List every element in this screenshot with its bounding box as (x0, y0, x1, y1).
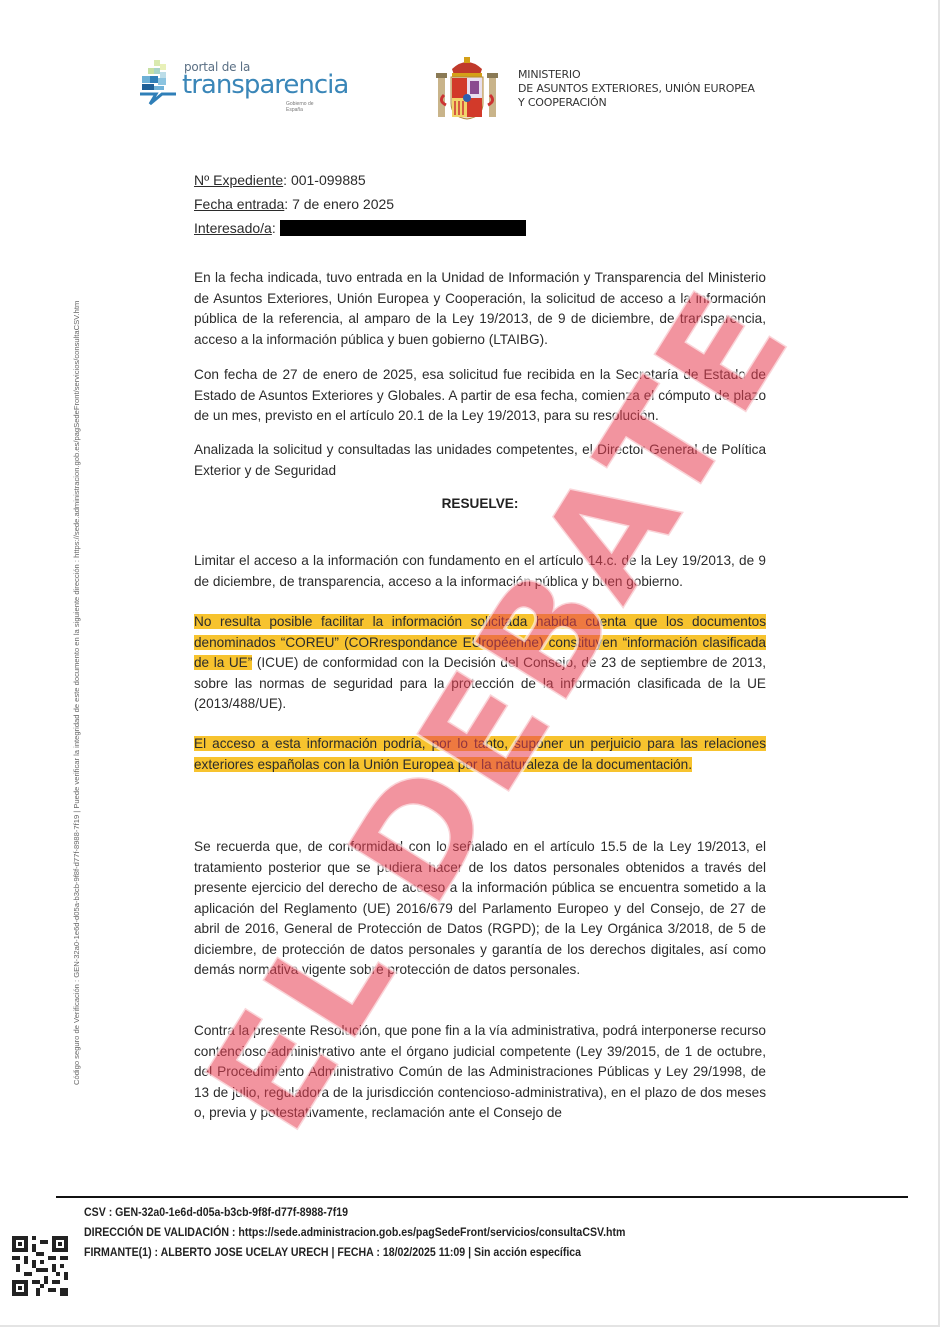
ministry-line-1: MINISTERIO (518, 68, 755, 82)
portal-logo-icon (140, 58, 178, 108)
fecha-entrada-value: : 7 de enero 2025 (284, 196, 394, 212)
ministry-line-3: Y COOPERACIÓN (518, 96, 755, 110)
paragraph-coreu-rest: (ICUE) de conformidad con la Decisión de… (194, 655, 766, 711)
document-page: portal de la transparencia Gobierno de E… (0, 0, 940, 1327)
highlighted-text-perjuicio: El acceso a esta información podría, por… (194, 736, 766, 772)
paragraph-analizada: Analizada la solicitud y consultadas las… (194, 440, 766, 481)
footer-divider (56, 1196, 908, 1198)
fecha-entrada-label: Fecha entrada (194, 196, 284, 212)
paragraph-fecha-recepcion: Con fecha de 27 de enero de 2025, esa so… (194, 365, 766, 427)
interesado-line: Interesado/a: (194, 216, 766, 240)
ministry-line-2: DE ASUNTOS EXTERIORES, UNIÓN EUROPEA (518, 82, 755, 96)
paragraph-coreu: No resulta posible facilitar la informac… (194, 612, 766, 715)
paragraph-perjuicio: El acceso a esta información podría, por… (194, 734, 766, 775)
portal-logo-big-text: transparencia (182, 70, 348, 100)
paragraph-recurso: Contra la presente Resolución, que pone … (194, 1021, 766, 1124)
fecha-entrada-line: Fecha entrada: 7 de enero 2025 (194, 192, 766, 216)
paragraph-limitar: Limitar el acceso a la información con f… (194, 551, 766, 592)
validation-address: DIRECCIÓN DE VALIDACIÓN : https://sede.a… (84, 1223, 625, 1243)
paragraph-entrada: En la fecha indicada, tuvo entrada en la… (194, 268, 766, 350)
signature-footer: CSV : GEN-32a0-1e6d-d05a-b3cb-9f8f-d77f-… (84, 1203, 625, 1263)
expediente-line: Nº Expediente: 001-099885 (194, 168, 766, 192)
redaction-bar (280, 220, 526, 236)
csv-code: CSV : GEN-32a0-1e6d-d05a-b3cb-9f8f-d77f-… (84, 1203, 625, 1223)
interesado-colon: : (272, 220, 276, 236)
portal-logo-tagline: Gobierno de España (286, 101, 330, 113)
expediente-label: Nº Expediente (194, 172, 283, 188)
portal-transparencia-logo: portal de la transparencia Gobierno de E… (140, 58, 330, 108)
side-verification-text: Código seguro de Verificación : GEN-32a0… (72, 95, 81, 1085)
qr-code-icon (12, 1236, 68, 1296)
coat-of-arms-icon (434, 55, 500, 123)
ministry-name: MINISTERIO DE ASUNTOS EXTERIORES, UNIÓN … (518, 68, 755, 110)
paragraph-datos-personales: Se recuerda que, de conformidad con lo s… (194, 837, 766, 981)
interesado-label: Interesado/a (194, 220, 272, 236)
file-metadata: Nº Expediente: 001-099885 Fecha entrada:… (194, 168, 766, 240)
resuelve-heading: RESUELVE: (194, 496, 766, 511)
signer-info: FIRMANTE(1) : ALBERTO JOSE UCELAY URECH … (84, 1243, 625, 1263)
expediente-value: : 001-099885 (283, 172, 366, 188)
